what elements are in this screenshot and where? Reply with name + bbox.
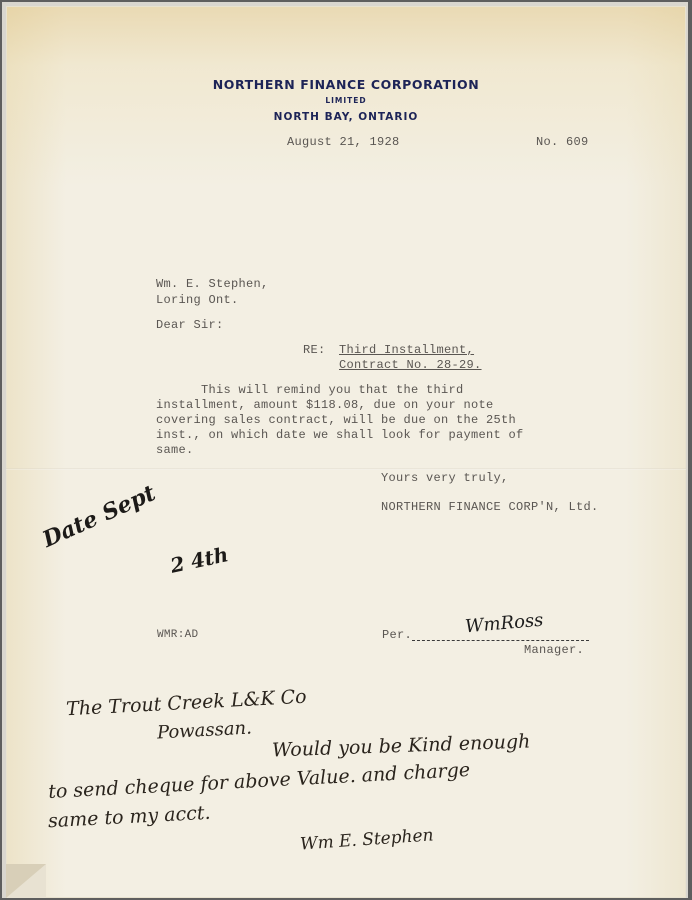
re-label: RE: [303, 343, 326, 358]
signature-line [412, 640, 589, 641]
folded-corner [6, 864, 46, 898]
signature-company: NORTHERN FINANCE CORP'N, Ltd. [381, 500, 599, 515]
closing: Yours very truly, [381, 471, 509, 486]
recipient-name: Wm. E. Stephen, [156, 277, 269, 292]
paper-fold-crease [6, 468, 686, 470]
re-subject-line2: Contract No. 28-29. [339, 358, 482, 373]
letterhead-company: NORTHERN FINANCE CORPORATION [0, 77, 692, 92]
salutation: Dear Sir: [156, 318, 224, 333]
letter-date: August 21, 1928 [287, 135, 400, 150]
letterhead-location: NORTH BAY, ONTARIO [0, 111, 692, 123]
re-subject-line1: Third Installment, [339, 343, 474, 358]
letter-number: No. 609 [536, 135, 589, 150]
typist-initials: WMR:AD [157, 628, 198, 643]
per-label: Per. [382, 628, 412, 643]
letterhead-subtitle: LIMITED [0, 96, 692, 105]
recipient-address: Loring Ont. [156, 293, 239, 308]
letter-body: This will remind you that the third inst… [156, 383, 524, 458]
signer-title: Manager. [524, 643, 584, 658]
